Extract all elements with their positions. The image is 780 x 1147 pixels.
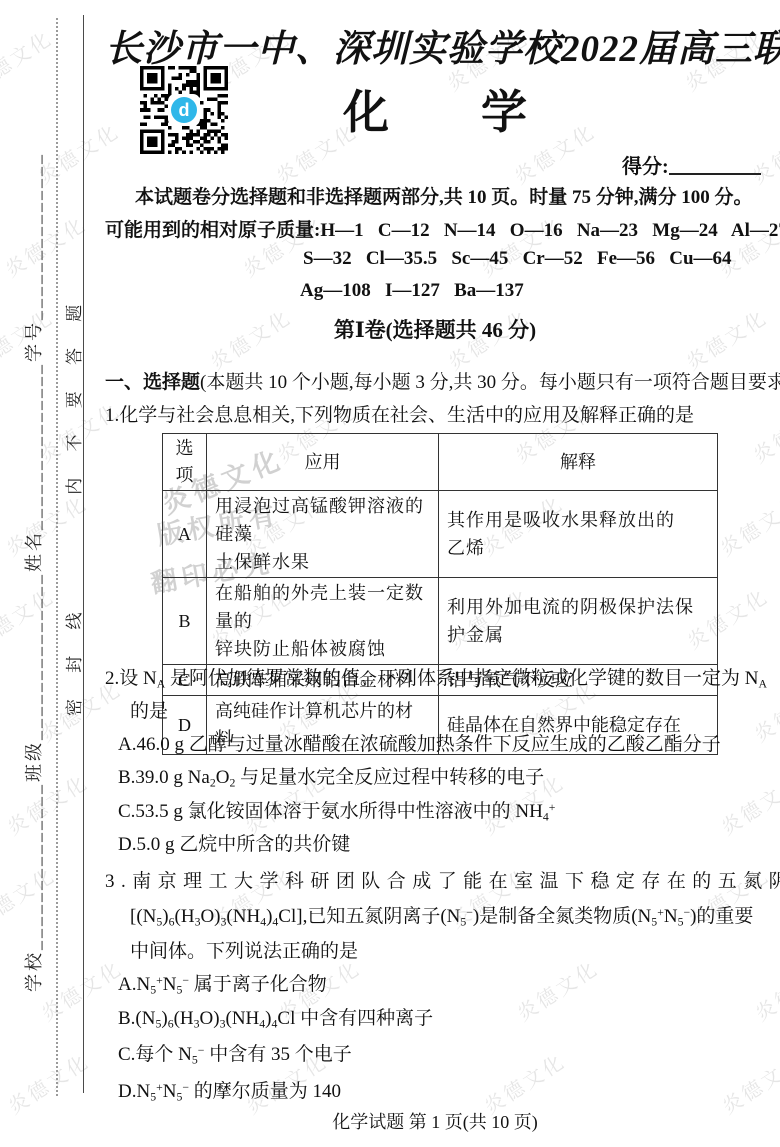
row-option-letter: A	[163, 491, 207, 578]
question-3-stem-line-1: 3.南京理工大学科研团队合成了能在室温下稳定存在的五氮阴离子盐	[105, 866, 780, 893]
table-row: A 用浸泡过高锰酸钾溶液的硅藻 土保鲜水果 其作用是吸收水果释放出的 乙烯	[163, 491, 718, 578]
row-application: 在船舶的外壳上装一定数量的 锌块防止船体被腐蚀	[207, 578, 439, 665]
multiple-choice-label: 一、选择题	[105, 372, 200, 393]
question-2-stem-line-1: 2.设 NA 是阿伏加德罗常数的值。下列体系中指定微粒或化学键的数目一定为 NA	[105, 663, 767, 691]
exam-title: 长沙市一中、深圳实验学校2022届高三联考试卷	[105, 18, 765, 72]
row-explanation: 其作用是吸收水果释放出的 乙烯	[439, 491, 718, 578]
question-1-table: 选项 应用 解释 A 用浸泡过高锰酸钾溶液的硅藻 土保鲜水果 其作用是吸收水果释…	[162, 433, 718, 755]
row-option-letter: B	[163, 578, 207, 665]
question-3-stem-line-2: [(N5)6(H3O)3(NH4)4Cl],已知五氮阴离子(N5−)是制备全氮类…	[130, 901, 753, 929]
question-2-option-d: D.5.0 g 乙烷中所含的共价键	[118, 829, 350, 856]
question-3-option-c: C.每个 N5− 中含有 35 个电子	[118, 1039, 352, 1067]
question-3-option-d: D.N5+N5− 的摩尔质量为 140	[118, 1076, 341, 1104]
atomic-masses-line-2: S—32 Cl—35.5 Sc—45 Cr—52 Fe—56 Cu—64	[303, 248, 732, 270]
seal-warning-text: 密 封 线 内 不 要 答 题	[60, 266, 85, 716]
question-1-stem: 1.化学与社会息息相关,下列物质在社会、生活中的应用及解释正确的是	[105, 400, 694, 427]
watermark-text: 炎德文化	[714, 487, 780, 561]
watermark-text: 炎德文化	[747, 394, 780, 468]
section-1-title: 第Ⅰ卷(选择题共 46 分)	[105, 314, 765, 344]
multiple-choice-note: (本题共 10 个小题,每小题 3 分,共 30 分。每小题只有一项符合题目要求…	[200, 372, 780, 393]
page-footer: 化学试题 第 1 页(共 10 页)	[105, 1108, 765, 1134]
question-2-stem-line-2: 的是	[130, 696, 168, 723]
watermark-text: 炎德文化	[749, 952, 780, 1026]
watermark-text: 炎德文化	[1, 766, 94, 840]
atomic-masses-line-1: 可能用到的相对原子质量:H—1 C—12 N—14 O—16 Na—23 Mg—…	[105, 215, 780, 242]
score-blank	[669, 153, 761, 175]
question-3-option-a: A.N5+N5− 属于离子化合物	[118, 969, 327, 997]
col-header-option: 选项	[163, 434, 207, 491]
subject-title: 化 学	[105, 76, 765, 142]
col-header-explanation: 解释	[439, 434, 718, 491]
question-3-stem-line-3: 中间体。下列说法正确的是	[130, 936, 358, 963]
exam-page: 炎德文化炎德文化炎德文化炎德文化炎德文化炎德文化炎德文化炎德文化炎德文化炎德文化…	[0, 0, 780, 1147]
student-info-fields: 学校______________班级______________姓名______…	[20, 82, 46, 992]
atomic-masses-line-3: Ag—108 I—127 Ba—137	[300, 280, 524, 302]
score-row: 得分:	[622, 150, 761, 179]
row-application: 用浸泡过高锰酸钾溶液的硅藻 土保鲜水果	[207, 491, 439, 578]
watermark-text: 炎德文化	[715, 766, 780, 840]
watermark-text: 炎德文化	[2, 1045, 95, 1119]
col-header-application: 应用	[207, 434, 439, 491]
question-2-option-c: C.53.5 g 氯化铵固体溶于氨水所得中性溶液中的 NH4+	[118, 796, 555, 824]
table-header-row: 选项 应用 解释	[163, 434, 718, 491]
score-label: 得分:	[622, 156, 669, 178]
question-2-option-a: A.46.0 g 乙醇与过量冰醋酸在浓硫酸加热条件下反应生成的乙酸乙酯分子	[118, 729, 721, 756]
table-row: B 在船舶的外壳上装一定数量的 锌块防止船体被腐蚀 利用外加电流的阴极保护法保 …	[163, 578, 718, 665]
multiple-choice-header: 一、选择题(本题共 10 个小题,每小题 3 分,共 30 分。每小题只有一项符…	[105, 367, 780, 394]
question-2-option-b: B.39.0 g Na2O2 与足量水完全反应过程中转移的电子	[118, 762, 544, 790]
row-explanation: 利用外加电流的阴极保护法保 护金属	[439, 578, 718, 665]
exam-instructions: 本试题卷分选择题和非选择题两部分,共 10 页。时量 75 分钟,满分 100 …	[135, 182, 753, 209]
seal-dotted-line	[56, 18, 58, 1096]
question-3-option-b: B.(N5)6(H3O)3(NH4)4Cl 中含有四种离子	[118, 1003, 433, 1031]
watermark-text: 炎德文化	[35, 952, 128, 1026]
watermark-text: 炎德文化	[511, 952, 604, 1026]
